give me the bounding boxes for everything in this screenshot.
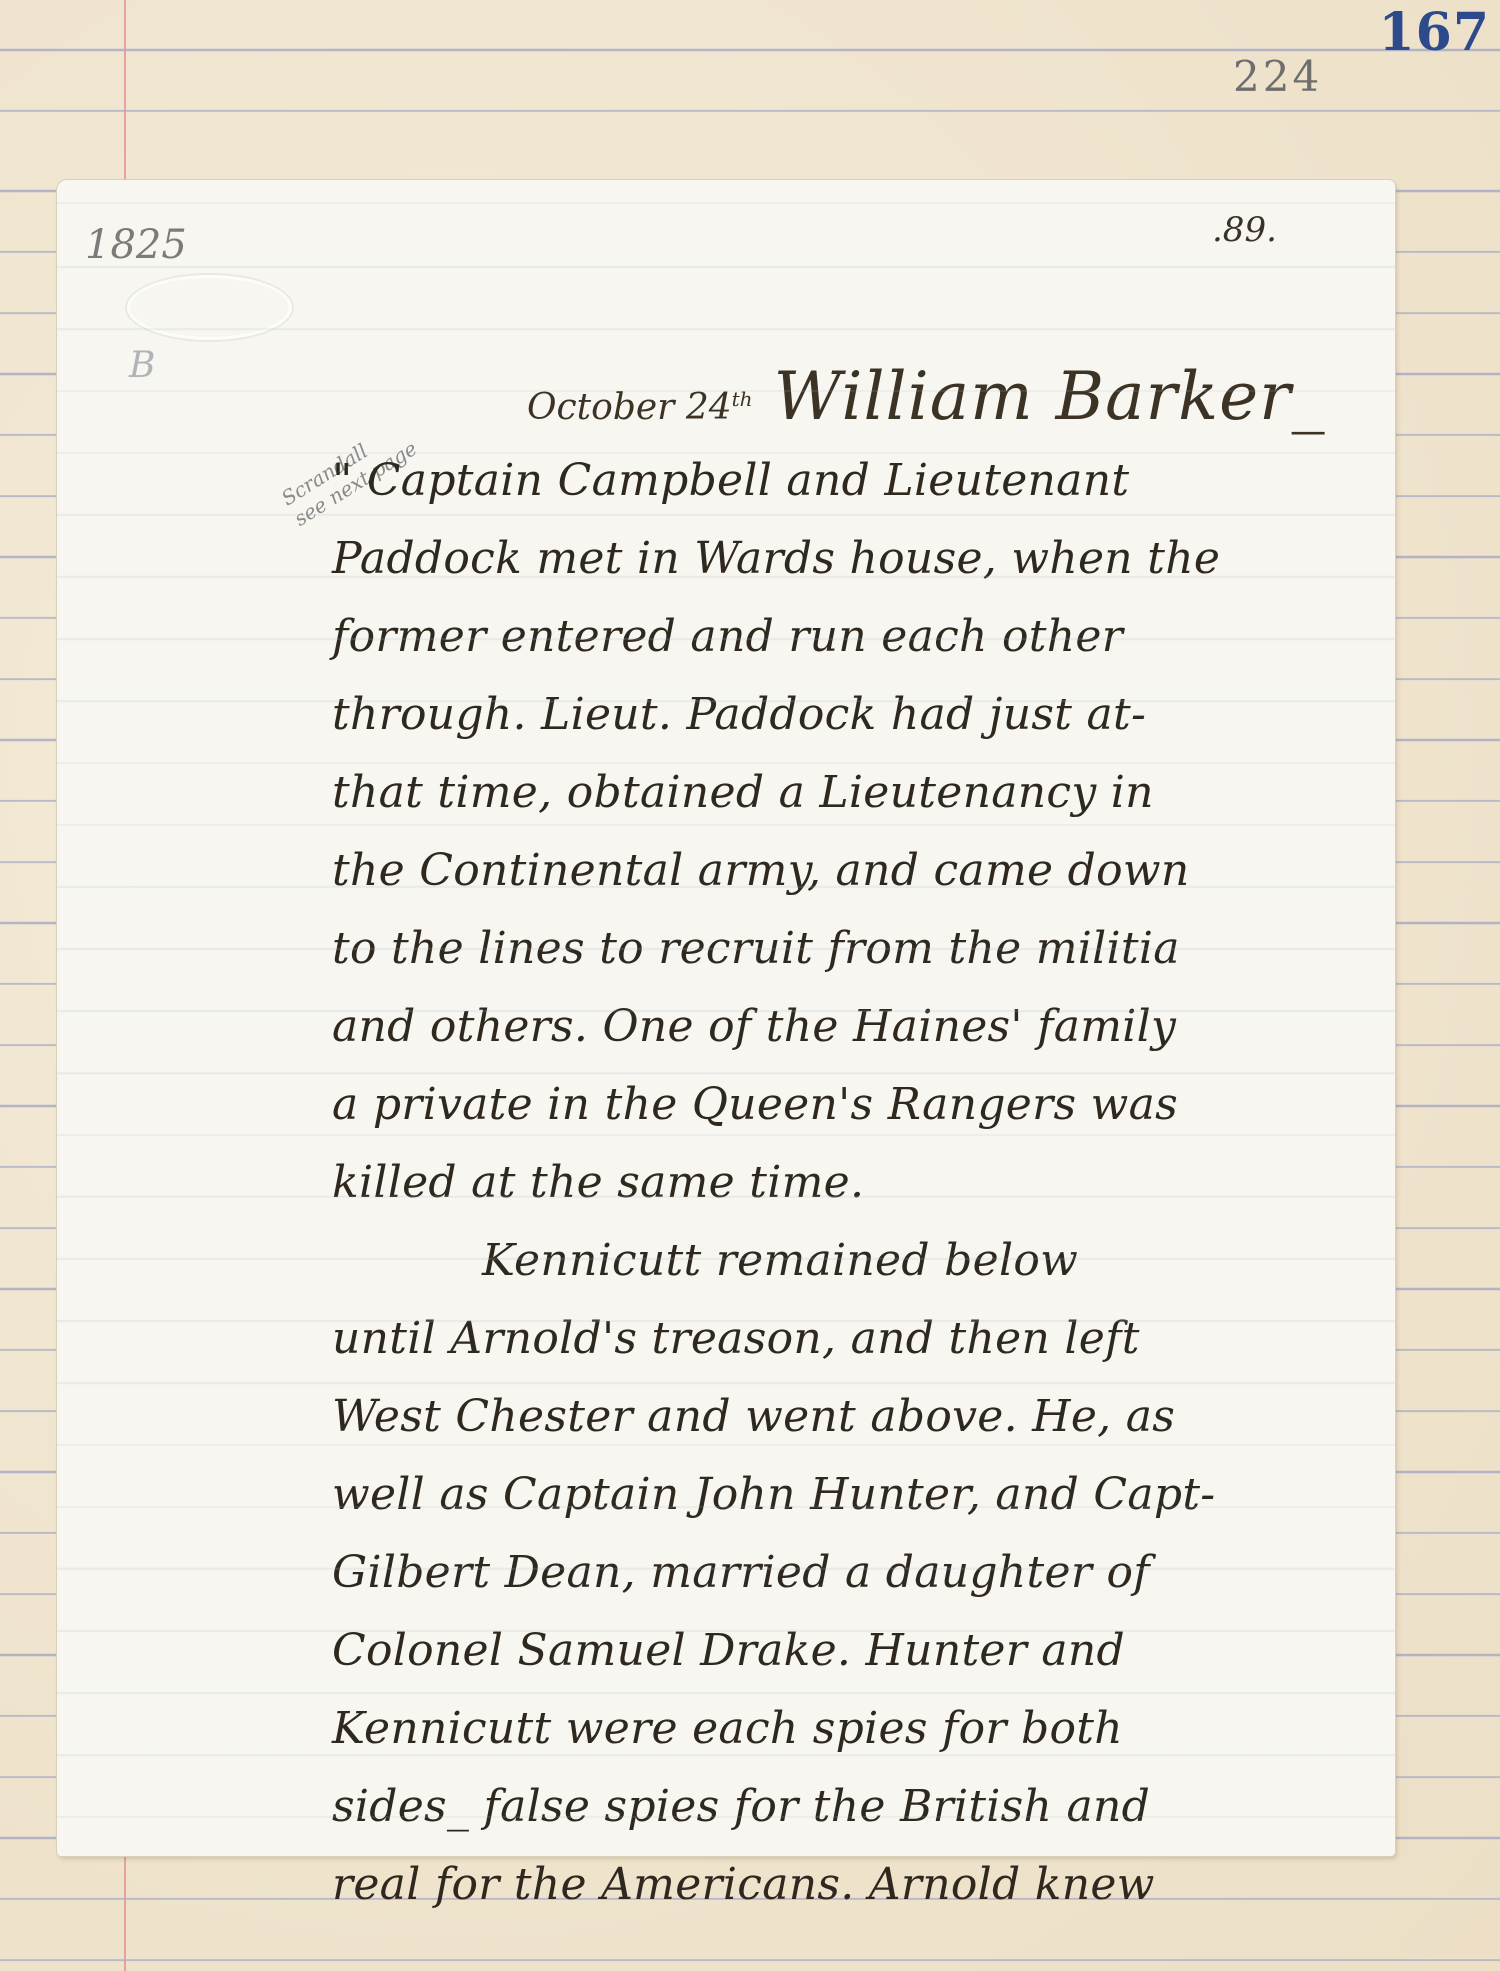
entry-date-suffix: th [732,387,753,411]
manuscript-line-paragraph-start: Kennicutt remained below [332,1222,1372,1300]
manuscript-body: " Captain Campbell and Lieutenant Paddoc… [332,442,1372,1924]
manuscript-line: that time, obtained a Lieutenancy in [332,754,1372,832]
entry-heading: October 24th William Barker_ [527,358,1326,435]
manuscript-line: " Captain Campbell and Lieutenant [332,442,1372,520]
manuscript-line: Paddock met in Wards house, when the [332,520,1372,598]
entry-date-text: October 24 [527,387,732,428]
page-stamp-secondary: 224 [1233,52,1322,101]
folio-number: .89. [1212,210,1277,250]
manuscript-line: former entered and run each other [332,598,1372,676]
embossed-seal-icon [127,275,292,340]
pencil-mark: B [129,345,155,386]
manuscript-line: Gilbert Dean, married a daughter of [332,1534,1372,1612]
manuscript-line: sides_ false spies for the British and [332,1768,1372,1846]
manuscript-line: West Chester and went above. He, as [332,1378,1372,1456]
manuscript-line: Colonel Samuel Drake. Hunter and [332,1612,1372,1690]
manuscript-line: killed at the same time. [332,1144,1372,1222]
pasted-manuscript-sheet: 1825 B Scrandall see next page .89. Octo… [57,180,1395,1856]
manuscript-line: until Arnold's treason, and then left [332,1300,1372,1378]
entry-name: William Barker_ [774,358,1326,435]
entry-date: October 24th [527,387,753,428]
page-stamp-primary: 167 [1378,2,1490,63]
manuscript-line: to the lines to recruit from the militia [332,910,1372,988]
manuscript-line: a private in the Queen's Rangers was [332,1066,1372,1144]
pencil-year-annotation: 1825 [85,222,187,268]
manuscript-line: real for the Americans. Arnold knew [332,1846,1372,1924]
manuscript-line: Kennicutt were each spies for both [332,1690,1372,1768]
manuscript-line: well as Captain John Hunter, and Capt- [332,1456,1372,1534]
manuscript-line: and others. One of the Haines' family [332,988,1372,1066]
manuscript-line: through. Lieut. Paddock had just at- [332,676,1372,754]
manuscript-line: the Continental army, and came down [332,832,1372,910]
